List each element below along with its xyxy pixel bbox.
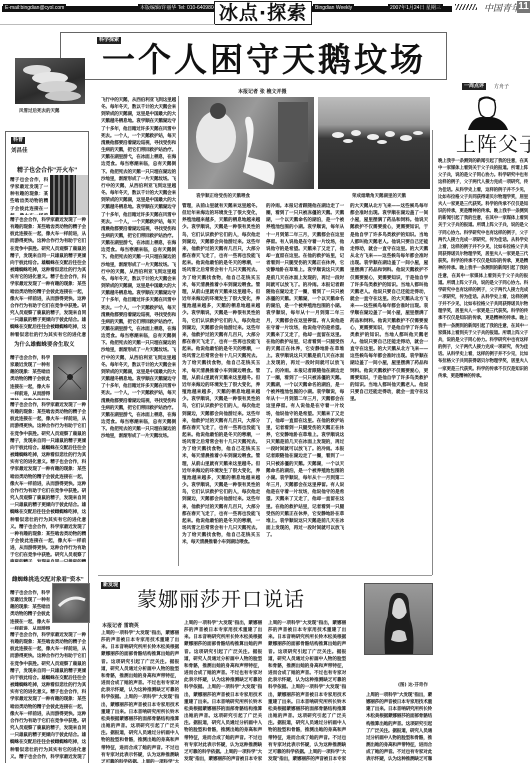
- header-section-en: Bingdian Weekly: [313, 4, 354, 12]
- right-column-text: 晚上我手一条测到的新闻引起了我的注意，在其中一家媒体上看到关于父子兵的报道。所谓…: [438, 158, 528, 763]
- page-number: 11: [517, 1, 530, 13]
- dead-swans-photo: [15, 58, 85, 104]
- lead-headline: 一个人困守天鹅坟场: [102, 42, 426, 78]
- sidebar-title: 精子也会合作"开火车": [17, 165, 77, 174]
- sperm-micrograph-photo: [50, 175, 88, 215]
- photo1-caption: 袁学顺正给受伤的天鹅喂食: [196, 193, 250, 199]
- sidebar-bottom-text: 精子也会合作，科学家最近发现了一种有趣的现象：某些啮齿类动物的精子会彼此连接在一…: [10, 590, 50, 630]
- lead-article-col3: 的冷雨。本报记者跟随他在湖边走了一圈，看到了一只只被冻僵的天鹅。天鹅湖，一个以天…: [266, 203, 344, 568]
- swan-flock-illustration: [318, 97, 430, 189]
- author-portrait-sketch: [462, 95, 512, 130]
- second-story-tag: 新发现: [101, 582, 120, 589]
- sidebar-spider-text-continued: 精子也会合作，科学家最近发现了一种有趣的现象：某些啮齿类动物的精子会彼此连接在一…: [10, 402, 86, 562]
- second-story-headline: 蒙娜丽莎开口说话: [137, 588, 305, 610]
- header-rule: [0, 24, 215, 25]
- sidebar-text: 精子也会合作，科学家最近发现了一种有趣的现象：某些啮齿类动物的精子会彼此连接在一…: [10, 177, 48, 215]
- portrait-illustration: [462, 95, 512, 130]
- right-column-divider: [432, 130, 433, 575]
- caretaker-feeding-swan-photo: [188, 97, 314, 189]
- sidebar-spider-text: 精子也会合作，科学家最近发现了一种有趣的现象：某些啮齿类动物的精子会彼此连接在一…: [10, 355, 50, 400]
- spider-photo: [53, 355, 87, 400]
- spider-closeup-photo: [52, 583, 90, 623]
- second-story-col2: 上周的一项科学"大发现"指出，蒙娜丽莎的声音被日本专家用技术重建了出来。日本音响…: [184, 620, 262, 763]
- lead-byline: 本报记者 张 樵文并摄: [238, 88, 286, 95]
- header-editor-tel: 本版编辑/许丽华 Tel: 010-64098047: [138, 4, 221, 12]
- header-hatch-decoration: [455, 4, 477, 10]
- lead-article-col1: 飞行中的天鹅，从西伯利亚飞到这里越冬。每年冬天，数以千计的大天鹅会来到荣成的天鹅…: [101, 97, 176, 567]
- second-story-col1: 上周的一项科学"大发现"指出，蒙娜丽莎的声音被日本专家用技术重建了出来。日本音响…: [101, 630, 179, 763]
- lead-article-col4: 的大天鹅从北方飞来——这些候鸟每年都会准时出现。袁学顺在湖边盖了一间小屋，屋里摆…: [350, 203, 428, 568]
- sidebar-tag: 科普: [11, 137, 25, 144]
- right-column-author: 方舟子: [494, 83, 509, 90]
- second-story-byline: 本报记者 雷晓英: [102, 622, 139, 629]
- mona-lisa-painting: [364, 583, 433, 655]
- swan-lake-photo: [318, 97, 430, 189]
- spider-closeup-illustration: [53, 584, 89, 622]
- right-column-tag: 一周点评: [462, 83, 486, 90]
- sidebar-text-continued: 精子也会合作，科学家最近发现了一种有趣的现象：某些啮齿类动物的精子会彼此连接在一…: [10, 217, 86, 337]
- sidebar-bottom-subhead: 雌蜘蛛挑选交配对象看"资本": [12, 575, 84, 583]
- header-date: 2007年1月24日 星期三: [388, 4, 443, 12]
- column-divider: [178, 96, 179, 566]
- right-column-title: 上阵父子兵: [456, 133, 530, 155]
- section-title: 冰点·探索: [214, 1, 312, 25]
- sidebar-bottom-text-continued: 精子也会合作，科学家最近发现了一种有趣的现象：某些啮齿类动物的精子会彼此连接在一…: [10, 632, 86, 760]
- spider-illustration: [53, 355, 87, 400]
- photo2-caption: 荣成烟墩角天鹅湖里的天鹅: [352, 193, 406, 199]
- second-story-col4: 上周的一项科学"大发现"指出，蒙娜丽莎的声音被日本专家用技术重建了出来。日本音响…: [366, 692, 432, 762]
- caretaker-illustration: [188, 97, 314, 189]
- lead-article-col2: 管理，从前山里就有天鹅来这里越冬。但近年来海边的环境发生了很大变化，养殖池越来越…: [182, 203, 260, 568]
- swans-illustration: [15, 58, 85, 104]
- sidebar-subhead: 为什么雄蜘蛛要舍生取义: [14, 340, 75, 348]
- mona-lisa-illustration: [365, 584, 432, 654]
- left-photo-caption: 风雪过后死去的天鹅: [19, 108, 60, 114]
- mona-lisa-caption: (图) 达·芬奇作: [398, 682, 428, 688]
- section-separator: [98, 575, 432, 576]
- header-email: E-mail:bingdian@cyol.com: [3, 4, 66, 12]
- sidebar-author: 刘昌佳: [11, 146, 28, 154]
- second-story-col3: 上周的一项科学"大发现"指出，蒙娜丽莎的声音被日本专家用技术重建了出来。日本音响…: [268, 620, 346, 763]
